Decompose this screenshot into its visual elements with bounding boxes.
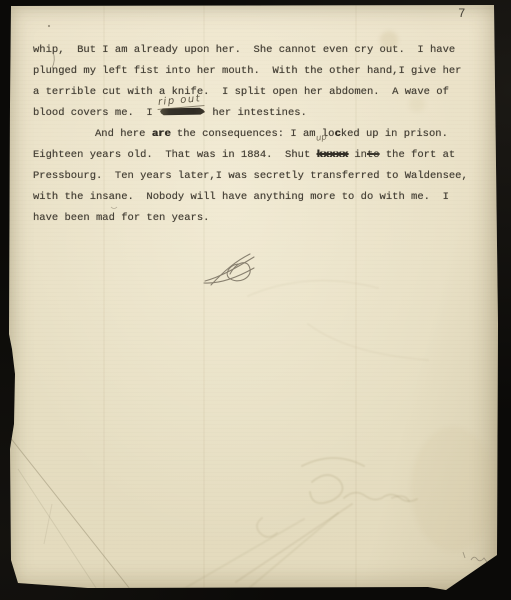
manuscript-page: 7 whip, But I am already upon her. She c… [8,4,500,594]
paper-streak [103,4,105,594]
typed-text: have been mad for ten years. [33,212,209,224]
handwritten-up: up [315,132,327,143]
pencil-dot [48,25,50,27]
fold-creases [9,436,134,594]
typescript-block: whip, But I am already upon her. She can… [33,40,485,229]
typed-line-6: Eighteen years old. That was in 1884. Sh… [33,145,485,166]
typed-text: blood covers me. I [33,107,159,119]
typed-text: whip, But I am already upon her. She can… [33,44,455,56]
typed-text: the consequences: I am lo [171,128,335,140]
corner-pencil-squiggle [463,552,487,562]
typed-line-3: a terrible cut with a knife. I split ope… [33,82,485,103]
paper-streak [203,4,205,594]
photo-backdrop: 7 whip, But I am already upon her. She c… [0,0,511,600]
typed-line-7: Pressbourg. Ten years later,I was secret… [33,166,485,187]
overstruck-word: are [152,128,171,140]
typed-text: her intestines. [206,107,307,119]
typed-strikeout: kxxxx [317,149,349,161]
typed-text: in [348,149,367,161]
typed-line-2: plunged my left fist into her mouth. Wit… [33,61,485,82]
typed-line-1: whip, But I am already upon her. She can… [33,40,485,61]
ghost-sketch [180,281,428,591]
typed-line-9: have been mad for ten years. [33,208,485,229]
pencil-flourish [204,254,254,285]
typed-text: Eighteen years old. That was in 1884. Sh… [33,149,317,161]
typed-text: with the insane. Nobody will have anythi… [33,191,449,203]
typed-line-5: And here are the consequences: I am lock… [33,124,485,145]
typed-text: Pressbourg. Ten years later,I was secret… [33,170,468,182]
typed-text: plunged my left fist into her mouth. Wit… [33,65,461,77]
typed-text: a terrible cut with a knife. I split ope… [33,86,449,98]
typed-line-8: with the insane. Nobody will have anythi… [33,187,485,208]
struck-suffix: to [367,149,380,161]
typed-line-4: blood covers me. I her intestines. [33,103,485,124]
typed-text: the fort at [380,149,456,161]
paper-streak [355,4,357,594]
page-number: 7 [458,7,478,21]
